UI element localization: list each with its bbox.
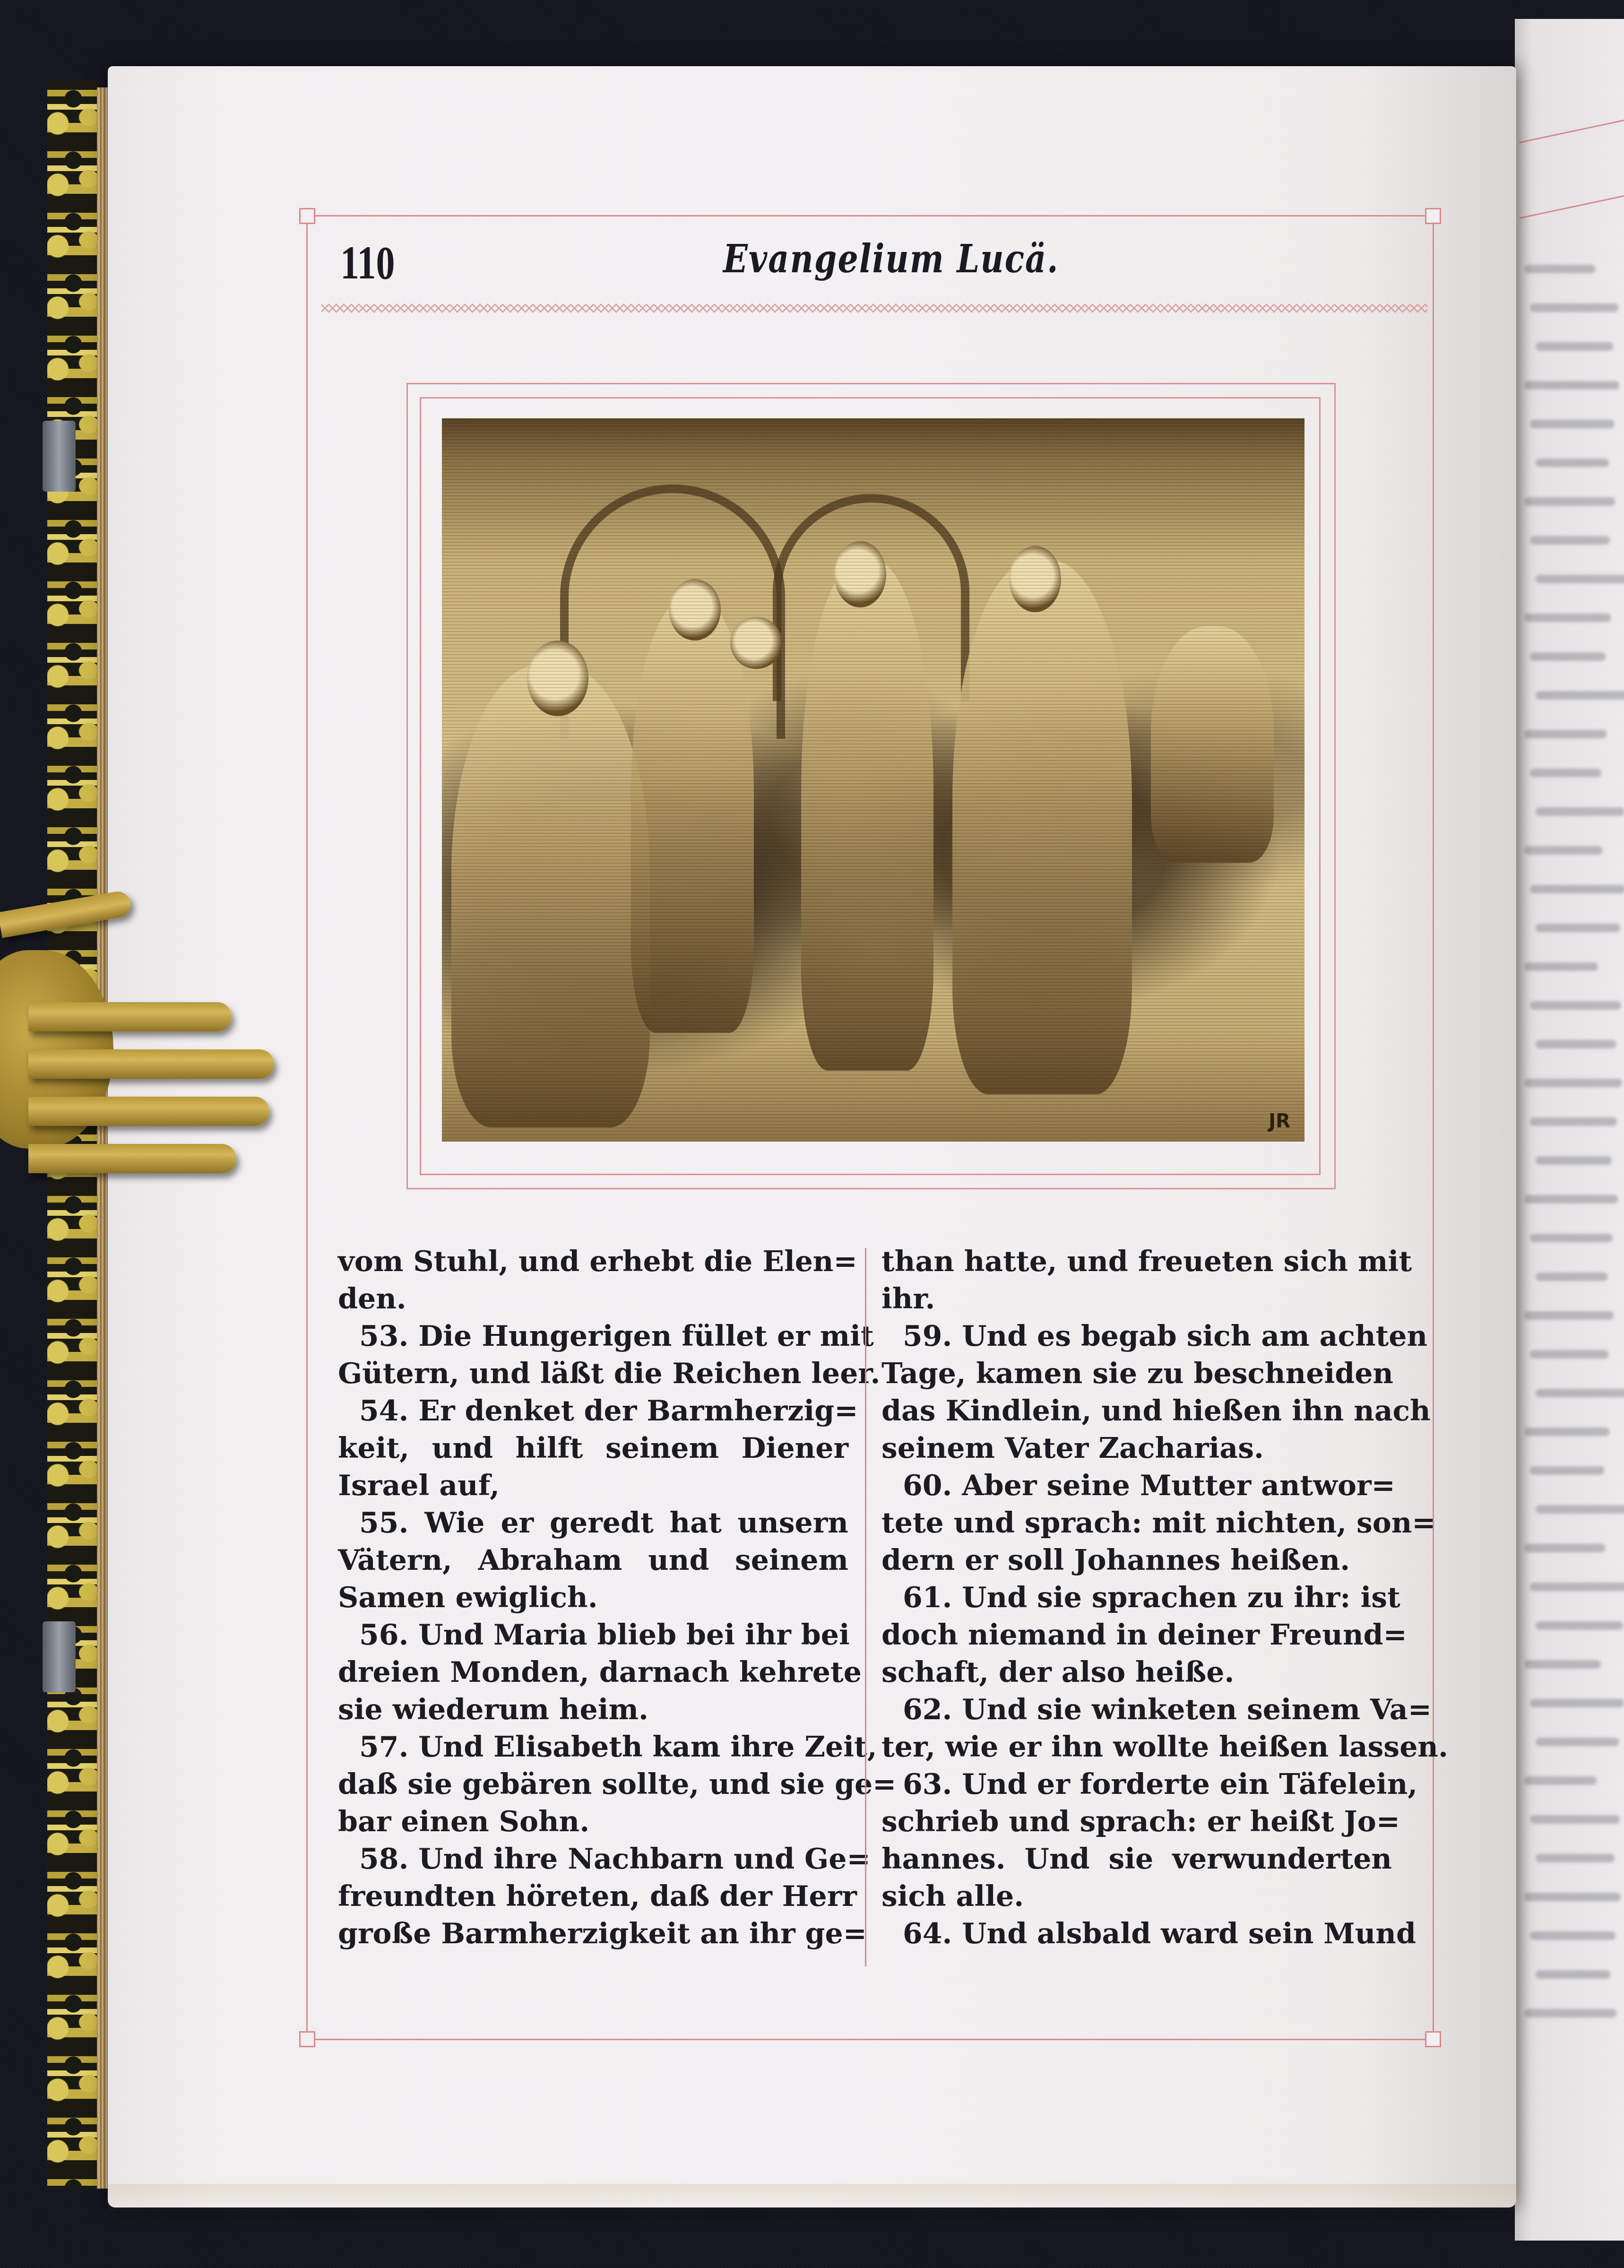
verse-line: Israel auf, xyxy=(338,1467,848,1505)
facing-page-text-blur xyxy=(1524,1079,1622,1087)
facing-page-text-blur xyxy=(1524,1428,1609,1436)
facing-page-text-blur xyxy=(1536,1040,1616,1048)
facing-page-text-blur xyxy=(1530,769,1601,777)
metal-clasp-top xyxy=(43,421,76,492)
facing-page-text-blur xyxy=(1524,1893,1621,1901)
verse-line: 63. Und er forderte ein Täfelein, xyxy=(881,1766,1392,1803)
facing-page-text-blur xyxy=(1524,614,1611,622)
facing-page-text-blur xyxy=(1536,1854,1615,1862)
verse-line: schaft, der also heiße. xyxy=(881,1654,1392,1691)
facing-page-text-blur xyxy=(1524,497,1615,506)
facing-page-text-blur xyxy=(1530,420,1614,428)
verse-line: schrieb und sprach: er heißt Jo= xyxy=(881,1803,1392,1841)
facing-page-text-blur xyxy=(1536,342,1613,351)
facing-page-text-blur xyxy=(1530,1466,1604,1475)
page-header: 110 Evangelium Lucä. xyxy=(340,232,1418,288)
text-column-right: than hatte, und freueten sich mitihr.59.… xyxy=(881,1243,1392,1953)
verse-line: Samen ewiglich. xyxy=(338,1579,848,1617)
facing-page-text-blur xyxy=(1530,1350,1608,1359)
hand-finger xyxy=(28,1144,236,1173)
facing-page-text-blur xyxy=(1530,303,1618,312)
facing-page-rule xyxy=(1520,119,1624,143)
facing-page-text-blur xyxy=(1536,459,1609,467)
facing-page xyxy=(1515,19,1624,2241)
verse-line: das Kindlein, und hießen ihn nach xyxy=(881,1393,1392,1430)
verse-line: than hatte, und freueten sich mit xyxy=(881,1243,1392,1281)
column-divider xyxy=(865,1248,866,1966)
facing-page-text-blur xyxy=(1530,536,1610,545)
verse-line: ihr. xyxy=(881,1281,1392,1318)
facing-page-text-blur xyxy=(1530,1931,1615,1940)
facing-page-text-blur xyxy=(1536,1273,1607,1281)
facing-page-text-blur xyxy=(1530,1583,1624,1591)
verse-line: 60. Aber seine Mutter antwor= xyxy=(881,1467,1392,1505)
verse-line: seinem Vater Zacharias. xyxy=(881,1430,1392,1467)
facing-page-text-blur xyxy=(1524,1544,1605,1552)
facing-page-text-blur xyxy=(1536,1505,1624,1514)
facing-page-text-blur xyxy=(1524,846,1602,855)
hand-finger xyxy=(28,1049,274,1079)
facing-page-text-blur xyxy=(1524,962,1598,971)
verse-line: 64. Und alsbald ward sein Mund xyxy=(881,1915,1392,1953)
page-number: 110 xyxy=(340,236,395,290)
frame-corner-ornament xyxy=(1425,2031,1441,2047)
verse-line: hannes. Und sie verwunderten xyxy=(881,1841,1392,1878)
facing-page-text-blur xyxy=(1536,575,1624,583)
verse-line: 58. Und ihre Nachbarn und Ge= xyxy=(338,1841,848,1878)
verse-line: sie wiederum heim. xyxy=(338,1691,848,1729)
facing-page-text-blur xyxy=(1536,1621,1623,1630)
verse-line: ter, wie er ihn wollte heißen lassen. xyxy=(881,1729,1392,1766)
verse-line: Tage, kamen sie zu beschneiden xyxy=(881,1355,1392,1393)
frame-corner-ornament xyxy=(299,208,315,224)
verse-line: 53. Die Hungerigen füllet er mit xyxy=(338,1318,848,1355)
page-bottom-edge xyxy=(108,2184,1516,2212)
verse-line: 59. Und es begab sich am achten xyxy=(881,1318,1392,1355)
facing-page-text-blur xyxy=(1536,807,1624,816)
facing-page-text-blur xyxy=(1536,1738,1619,1746)
facing-page-text-blur xyxy=(1536,691,1624,700)
verse-line: dreien Monden, darnach kehrete xyxy=(338,1654,848,1691)
running-title: Evangelium Lucä. xyxy=(723,236,1059,282)
facing-page-text-blur xyxy=(1524,1776,1597,1785)
verse-line: Vätern, Abraham und seinem xyxy=(338,1542,848,1579)
engraving-hatching xyxy=(442,418,1304,1142)
facing-page-text-blur xyxy=(1524,1195,1618,1203)
facing-page-text-blur xyxy=(1530,1117,1617,1126)
verse-line: 62. Und sie winketen seinem Va= xyxy=(881,1691,1392,1729)
hand-finger xyxy=(28,1002,232,1031)
brass-hand-page-holder[interactable] xyxy=(0,912,284,1215)
facing-page-text-blur xyxy=(1536,924,1620,932)
engraving-illustration: JR xyxy=(442,418,1304,1142)
verse-line: 61. Und sie sprachen zu ihr: ist xyxy=(881,1579,1392,1617)
metal-clasp-bottom xyxy=(43,1621,76,1692)
verse-line: große Barmherzigkeit an ihr ge= xyxy=(338,1915,848,1953)
facing-page-text-blur xyxy=(1530,1001,1621,1010)
verse-line: tete und sprach: mit nichten, son= xyxy=(881,1505,1392,1542)
facing-page-text-blur xyxy=(1524,265,1595,273)
facing-page-text-blur xyxy=(1536,1389,1624,1397)
facing-page-text-blur xyxy=(1524,381,1619,390)
artist-monogram: JR xyxy=(1269,1110,1290,1132)
verse-line: 57. Und Elisabeth kam ihre Zeit, xyxy=(338,1729,848,1766)
verse-line: bar einen Sohn. xyxy=(338,1803,848,1841)
facing-page-text-blur xyxy=(1536,1156,1612,1165)
verse-line: vom Stuhl, und erhebt die Elen= xyxy=(338,1243,848,1281)
verse-line: den. xyxy=(338,1281,848,1318)
facing-page-rule xyxy=(1520,195,1624,219)
facing-page-text-blur xyxy=(1530,1699,1624,1707)
verse-line: sich alle. xyxy=(881,1878,1392,1915)
verse-line: 54. Er denket der Barmherzig= xyxy=(338,1393,848,1430)
facing-page-text-blur xyxy=(1524,1311,1614,1320)
verse-line: 55. Wie er geredt hat unsern xyxy=(338,1505,848,1542)
facing-page-text-blur xyxy=(1524,2009,1616,2017)
facing-page-text-blur xyxy=(1536,1970,1610,1979)
facing-page-text-blur xyxy=(1530,885,1624,893)
verse-line: Gütern, und läßt die Reichen leer. xyxy=(338,1355,848,1393)
zigzag-rule xyxy=(321,303,1427,314)
hand-finger xyxy=(28,1097,269,1126)
text-column-left: vom Stuhl, und erhebt die Elen=den.53. D… xyxy=(338,1243,848,1953)
verse-line: keit, und hilft seinem Diener xyxy=(338,1430,848,1467)
frame-corner-ornament xyxy=(299,2031,315,2047)
verse-line: 56. Und Maria blieb bei ihr bei xyxy=(338,1617,848,1654)
facing-page-text-blur xyxy=(1524,1660,1601,1669)
verse-line: dern er soll Johannes heißen. xyxy=(881,1542,1392,1579)
verse-line: freundten höreten, daß der Herr xyxy=(338,1878,848,1915)
facing-page-text-blur xyxy=(1530,1815,1620,1824)
facing-page-text-blur xyxy=(1530,652,1606,661)
verse-line: doch niemand in deiner Freund= xyxy=(881,1617,1392,1654)
verse-line: daß sie gebären sollte, und sie ge= xyxy=(338,1766,848,1803)
facing-page-text-blur xyxy=(1530,1234,1613,1242)
frame-corner-ornament xyxy=(1425,208,1441,224)
facing-page-text-blur xyxy=(1524,730,1607,738)
